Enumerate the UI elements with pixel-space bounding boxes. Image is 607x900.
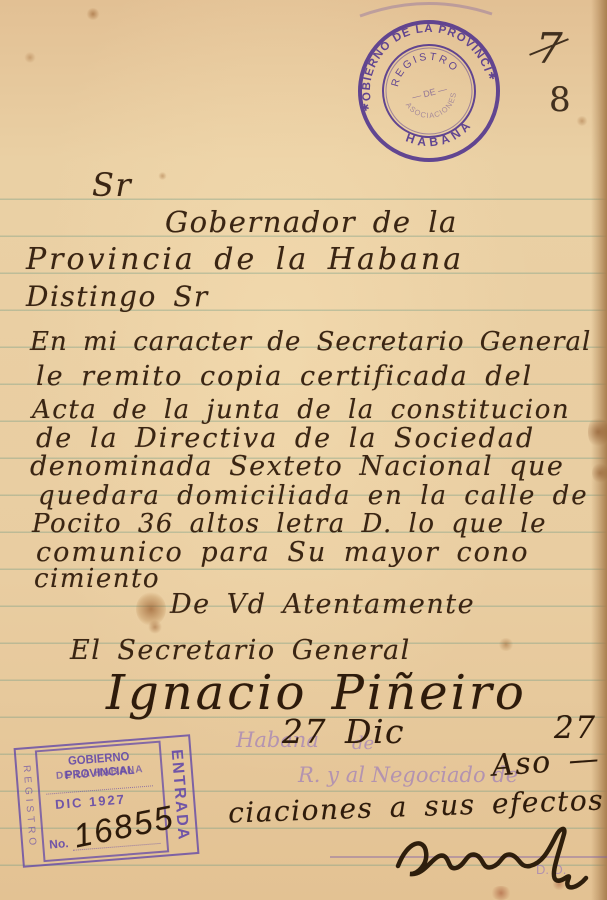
foxing-spot [86, 8, 100, 20]
letter-line: En mi caracter de Secretario General [30, 327, 591, 357]
document-page: GOBIERNO DE LA PROVINCIA HABANA REGISTRO… [0, 0, 607, 900]
closing-line: De Vd Atentamente [170, 589, 475, 620]
letter-line: Gobernador de la [165, 205, 458, 239]
foxing-spot [592, 462, 607, 484]
secretary-line: El Secretario General [70, 635, 411, 666]
stamp-arc-top: GOBIERNO DE LA PROVINCIA [326, 0, 494, 109]
letter-line: Sr [92, 166, 132, 204]
foxing-spot [588, 415, 607, 449]
foxing-spot [148, 620, 162, 634]
letter-line: le remito copia certificada del [36, 361, 533, 392]
entry-stamp-no-label: No. [49, 836, 69, 851]
entry-stamp-inner-box: GOBIERNO PROVINCIAL DE LA HABANA DIC 192… [35, 741, 169, 863]
foxing-spot [158, 172, 167, 180]
letter-line: Acta de la junta de la constitucion [32, 395, 570, 425]
letter-line: Pocito 36 altos letra D. lo que le [32, 509, 547, 539]
page-number-8: 8 [549, 80, 572, 120]
letter-line: quedara domiciliada en la calle de [38, 481, 589, 511]
stamp-inner-de: — DE — [411, 84, 448, 102]
letter-line: cimiento [34, 564, 160, 594]
letter-line: de la Directiva de la Sociedad [36, 423, 535, 454]
letter-line: Distingo Sr [26, 280, 209, 313]
corner-date: 27 [554, 710, 596, 746]
entry-stamp: REGISTRO GOBIERNO PROVINCIAL DE LA HABAN… [14, 734, 200, 868]
foxing-spot [498, 638, 514, 651]
rubric-signature [390, 822, 600, 894]
foxing-spot [576, 116, 588, 126]
foxing-spot [24, 52, 36, 63]
letter-line: denominada Sexteto Nacional que [30, 451, 564, 482]
date-note: 27 Dic [282, 712, 405, 751]
faint-routing-stamp: R. y al Negociado de [298, 763, 518, 787]
letter-line: Provincia de la Habana [26, 242, 464, 277]
vertical-registro: REGISTRO [20, 765, 38, 850]
stamp-ornament-left-icon: ✱ [360, 102, 371, 115]
